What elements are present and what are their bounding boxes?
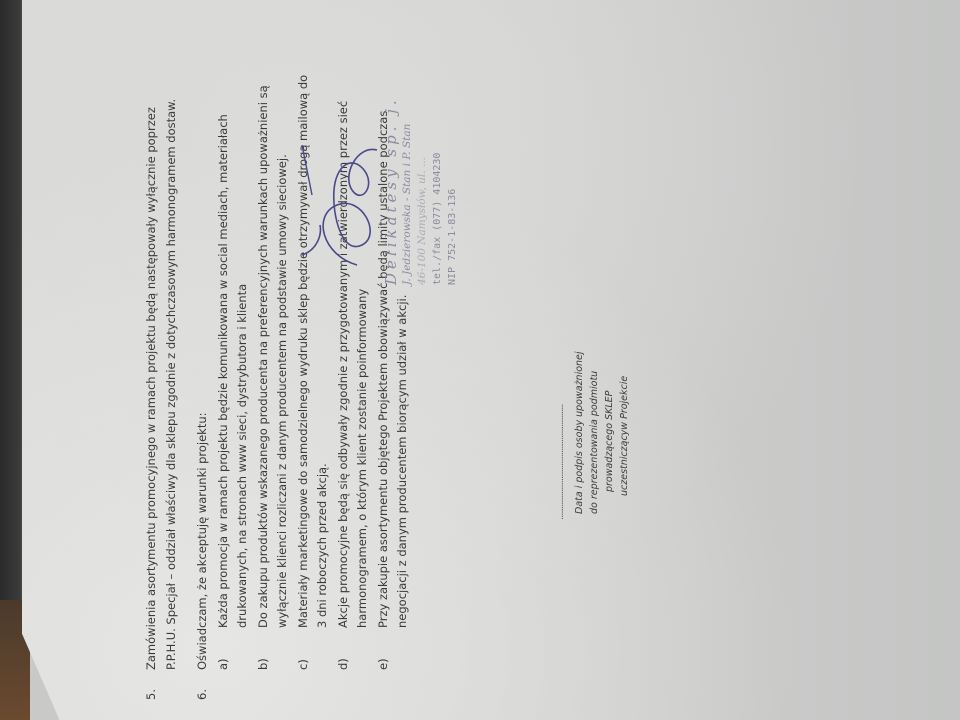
condition-label: b) bbox=[254, 640, 293, 700]
condition-line: Każda promocja w ramach projektu będzie … bbox=[214, 10, 234, 628]
condition-a: a) Każda promocja w ramach projektu będz… bbox=[214, 10, 253, 700]
condition-label: d) bbox=[334, 640, 373, 700]
condition-line: harmonogramem, o którym klient zostanie … bbox=[353, 10, 373, 628]
document-page: 5. Zamówienia asortymentu promocyjnego w… bbox=[22, 0, 960, 720]
stamp-phone: tel./fax (077) 4104230 bbox=[430, 85, 445, 285]
clause-line: P.P.H.U. Specjał – oddział właściwy dla … bbox=[162, 10, 182, 670]
document-text-block: 5. Zamówienia asortymentu promocyjnego w… bbox=[142, 10, 662, 700]
condition-b: b) Do zakupu produktów wskazanego produc… bbox=[254, 10, 293, 700]
signature-caption-line: do reprezentowania podmiotu bbox=[587, 260, 602, 514]
condition-line: Do zakupu produktów wskazanego producent… bbox=[254, 10, 274, 628]
clause-line: Zamówienia asortymentu promocyjnego w ra… bbox=[142, 10, 162, 670]
signature-caption-line: uczestniczącyw Projekcie bbox=[617, 260, 632, 514]
stamp-address: 46-100 Namysłów, ul. ... bbox=[415, 85, 430, 285]
clause-number: 5. bbox=[142, 670, 181, 700]
condition-line: 3 dni roboczych przed akcją. bbox=[313, 10, 333, 628]
signature-caption-line: Data i podpis osoby upoważnionej bbox=[572, 260, 587, 514]
condition-line: drukowanych, na stronach www sieci, dyst… bbox=[233, 10, 253, 628]
clause-number: 6. bbox=[193, 670, 213, 700]
clause-6: 6. Oświadczam, że akceptuję warunki proj… bbox=[193, 10, 213, 700]
handwritten-signature bbox=[262, 135, 412, 285]
condition-label: a) bbox=[214, 640, 253, 700]
signature-caption-line: prowadzącego SKLEP bbox=[602, 260, 617, 514]
condition-d: d) Akcje promocyjne będą się odbywały zg… bbox=[334, 10, 373, 700]
condition-c: c) Materiały marketingowe do samodzielne… bbox=[294, 10, 333, 700]
stamp-nip: NIP 752-1-83-136 bbox=[445, 85, 460, 285]
signature-block: ........................................… bbox=[552, 260, 632, 520]
condition-line: wyłącznie klienci rozliczani z danym pro… bbox=[273, 10, 293, 628]
condition-label: c) bbox=[294, 640, 333, 700]
signature-dotted-line: ........................................… bbox=[552, 260, 572, 520]
clause-5: 5. Zamówienia asortymentu promocyjnego w… bbox=[142, 10, 181, 700]
condition-line: Akcje promocyjne będą się odbywały zgodn… bbox=[334, 10, 354, 628]
clause-intro: Oświadczam, że akceptuję warunki projekt… bbox=[193, 10, 213, 670]
condition-label: e) bbox=[374, 640, 413, 700]
condition-line: Materiały marketingowe do samodzielnego … bbox=[294, 10, 314, 628]
